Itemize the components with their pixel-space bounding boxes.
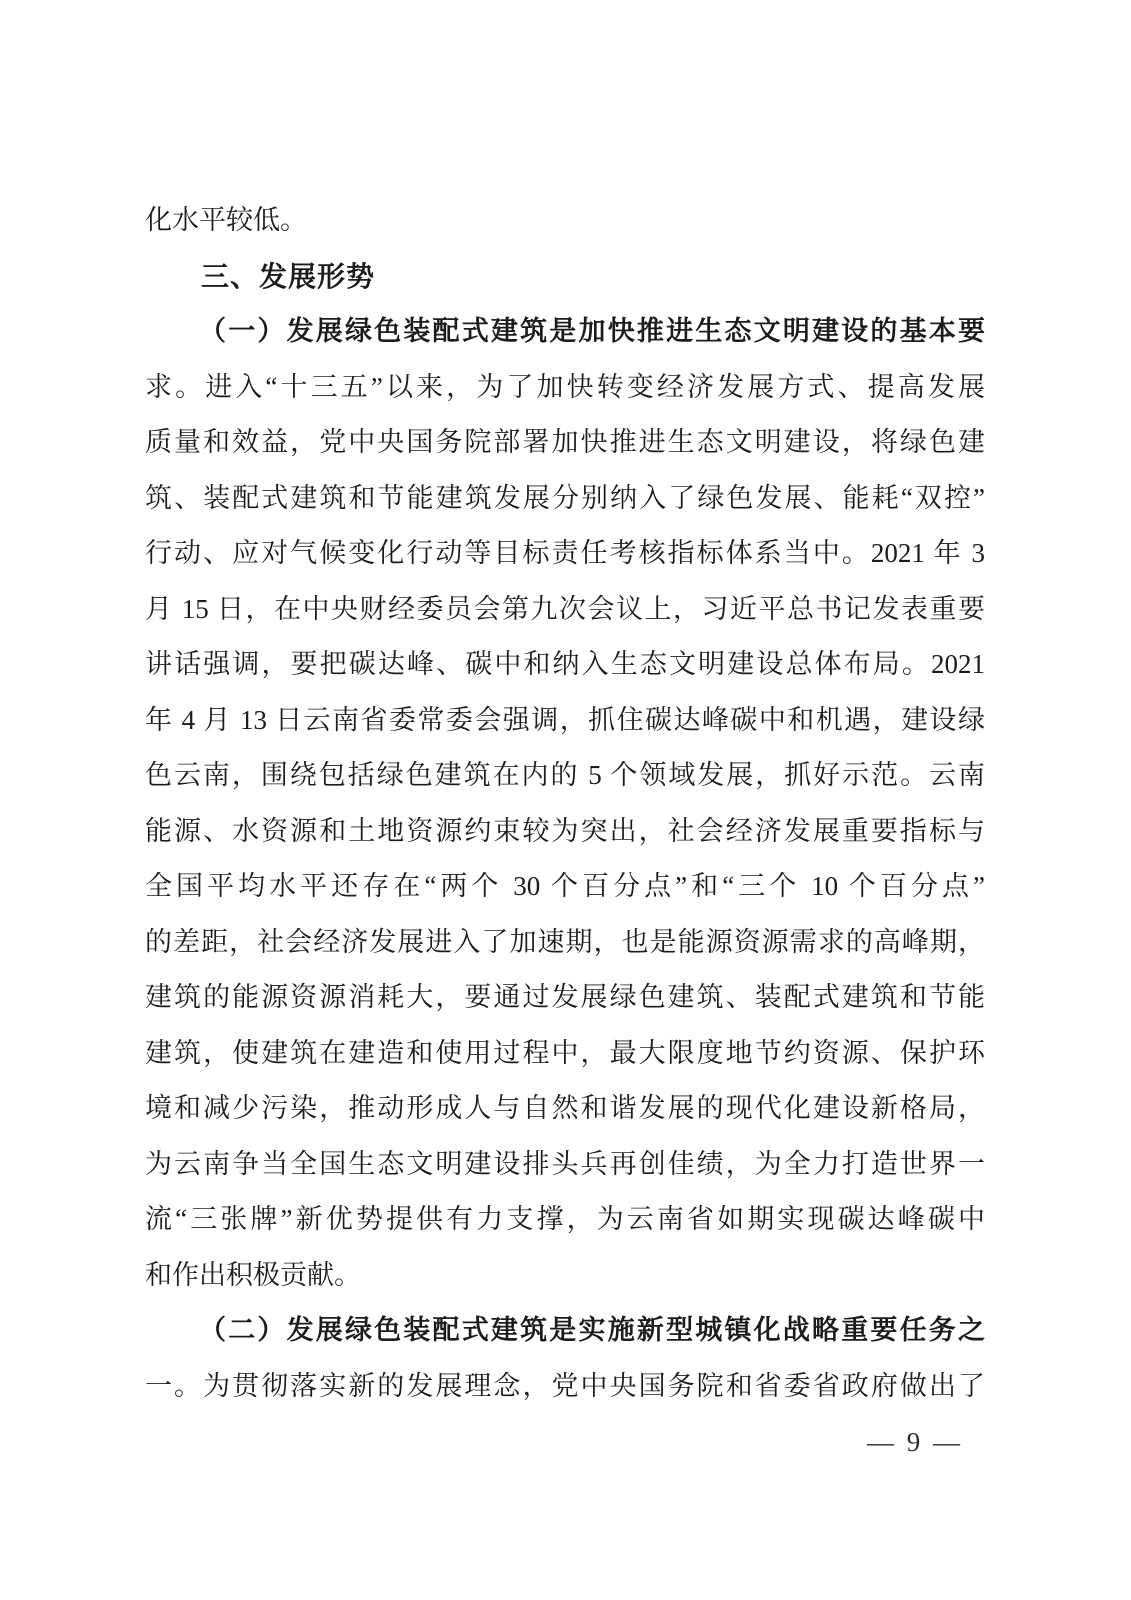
text-line: 和作出积极贡献。: [145, 1248, 985, 1304]
text-line: （一）发展绿色装配式建筑是加快推进生态文明建设的基本要: [145, 304, 985, 360]
document-page: 化水平较低。三、发展形势（一）发展绿色装配式建筑是加快推进生态文明建设的基本要求…: [0, 0, 1131, 1600]
text-line: 筑、装配式建筑和节能建筑发展分别纳入了绿色发展、能耗“双控”: [145, 471, 985, 527]
page-number: — 9 —: [867, 1422, 963, 1462]
text-line: 质量和效益，党中央国务院部署加快推进生态文明建设，将绿色建: [145, 415, 985, 471]
text-line: 化水平较低。: [145, 193, 985, 249]
text-line: 色云南，围绕包括绿色建筑在内的 5 个领域发展，抓好示范。云南: [145, 748, 985, 804]
text-line: 月 15 日，在中央财经委员会第九次会议上，习近平总书记发表重要: [145, 582, 985, 638]
text-line: 境和减少污染，推动形成人与自然和谐发展的现代化建设新格局，: [145, 1081, 985, 1137]
text-line: 能源、水资源和土地资源约束较为突出，社会经济发展重要指标与: [145, 804, 985, 860]
text-line: 讲话强调，要把碳达峰、碳中和纳入生态文明建设总体布局。2021: [145, 637, 985, 693]
text-line: （二）发展绿色装配式建筑是实施新型城镇化战略重要任务之: [145, 1303, 985, 1359]
text-line: 建筑，使建筑在建造和使用过程中，最大限度地节约资源、保护环: [145, 1026, 985, 1082]
text-line: 行动、应对气候变化行动等目标责任考核指标体系当中。2021 年 3: [145, 526, 985, 582]
text-line: 建筑的能源资源消耗大，要通过发展绿色建筑、装配式建筑和节能: [145, 970, 985, 1026]
text-line: 流“三张牌”新优势提供有力支撑，为云南省如期实现碳达峰碳中: [145, 1192, 985, 1248]
section-heading: 三、发展形势: [145, 249, 985, 305]
text-line: 的差距，社会经济发展进入了加速期，也是能源资源需求的高峰期，: [145, 915, 985, 971]
text-line: 全国平均水平还存在“两个 30 个百分点”和“三个 10 个百分点”: [145, 859, 985, 915]
text-line: 求。进入“十三五”以来，为了加快转变经济发展方式、提高发展: [145, 360, 985, 416]
text-line: 年 4 月 13 日云南省委常委会强调，抓住碳达峰碳中和机遇，建设绿: [145, 693, 985, 749]
text-line: 一。为贯彻落实新的发展理念，党中央国务院和省委省政府做出了: [145, 1359, 985, 1415]
text-column: 化水平较低。三、发展形势（一）发展绿色装配式建筑是加快推进生态文明建设的基本要求…: [145, 193, 985, 1414]
text-line: 为云南争当全国生态文明建设排头兵再创佳绩，为全力打造世界一: [145, 1137, 985, 1193]
